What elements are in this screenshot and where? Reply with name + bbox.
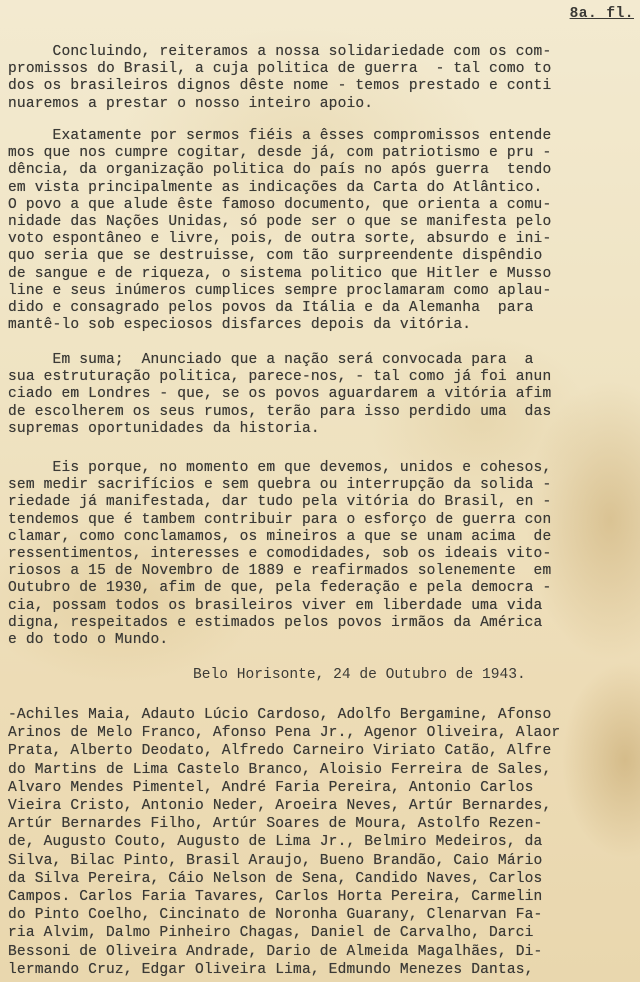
signer-line: Alvaro Mendes Pimentel, André Faria Pere… bbox=[8, 779, 636, 797]
signer-line: ria Alvim, Dalmo Pinheiro Chagas, Daniel… bbox=[8, 924, 636, 942]
typewritten-page: 8a. fl. Concluindo, reiteramos a nossa s… bbox=[0, 0, 640, 982]
text-line: dência, da organização politica do país … bbox=[8, 162, 636, 179]
text-line: line e seus inúmeros cumplices sempre pr… bbox=[8, 283, 636, 300]
signer-line: -Achiles Maia, Adauto Lúcio Cardoso, Ado… bbox=[8, 706, 636, 724]
text-line: digna, respeitados e estimados pelos pov… bbox=[8, 615, 636, 632]
text-line: cia, possam todos os brasileiros viver e… bbox=[8, 598, 636, 615]
text-line: ciado em Londres - que, se os povos agua… bbox=[8, 386, 636, 403]
text-line: nidade das Nações Unidas, só pode ser o … bbox=[8, 214, 636, 231]
signer-line: do Pinto Coelho, Cincinato de Noronha Gu… bbox=[8, 906, 636, 924]
text-line: tendemos que é tambem contribuir para o … bbox=[8, 512, 636, 529]
text-line: ressentimentos, interesses e comodidades… bbox=[8, 546, 636, 563]
text-line: supremas oportunidades da historia. bbox=[8, 421, 636, 438]
text-line: dido e consagrado pelos povos da Itália … bbox=[8, 300, 636, 317]
text-line: Eis porque, no momento em que devemos, u… bbox=[8, 460, 636, 477]
signer-line: da Silva Pereira, Cáio Nelson de Sena, C… bbox=[8, 870, 636, 888]
text-line: O povo a que alude êste famoso documento… bbox=[8, 197, 636, 214]
signer-line: Arinos de Melo Franco, Afonso Pena Jr., … bbox=[8, 724, 636, 742]
signer-line: Silva, Bilac Pinto, Brasil Araujo, Bueno… bbox=[8, 852, 636, 870]
text-line: riedade já manifestada, dar tudo pela vi… bbox=[8, 494, 636, 511]
text-line: riosos a 15 de Novembro de 1889 e reafir… bbox=[8, 563, 636, 580]
text-line: nuaremos a prestar o nosso inteiro apoio… bbox=[8, 96, 636, 113]
text-line: e do todo o Mundo. bbox=[8, 632, 636, 649]
text-line: de sangue e de riqueza, o sistema politi… bbox=[8, 266, 636, 283]
paragraph-conclusion: Concluindo, reiteramos a nossa solidarie… bbox=[8, 44, 636, 113]
text-line: mos que nos cumpre cogitar, desde já, co… bbox=[8, 145, 636, 162]
paragraph-atlantic-charter: Exatamente por sermos fiéis a êsses comp… bbox=[8, 128, 636, 334]
date-line: Belo Horisonte, 24 de Outubro de 1943. bbox=[193, 667, 526, 683]
text-line: Exatamente por sermos fiéis a êsses comp… bbox=[8, 128, 636, 145]
folio-number: 8a. fl. bbox=[570, 6, 634, 22]
signer-line: Prata, Alberto Deodato, Alfredo Carneiro… bbox=[8, 742, 636, 760]
text-line: Concluindo, reiteramos a nossa solidarie… bbox=[8, 44, 636, 61]
signer-line: de, Augusto Couto, Augusto de Lima Jr., … bbox=[8, 833, 636, 851]
signer-line: Artúr Bernardes Filho, Artúr Soares de M… bbox=[8, 815, 636, 833]
signatories-list: -Achiles Maia, Adauto Lúcio Cardoso, Ado… bbox=[8, 706, 636, 979]
signer-line: do Martins de Lima Castelo Branco, Alois… bbox=[8, 761, 636, 779]
text-line: Outubro de 1930, afim de que, pela feder… bbox=[8, 580, 636, 597]
text-line: sua estruturação politica, parece-nos, -… bbox=[8, 369, 636, 386]
text-line: dos os brasileiros dignos dêste nome - t… bbox=[8, 78, 636, 95]
text-line: sem medir sacrifícios e sem quebra ou in… bbox=[8, 477, 636, 494]
text-line: em vista principalmente as indicações da… bbox=[8, 180, 636, 197]
text-line: voto espontâneo e livre, pois, de outra … bbox=[8, 231, 636, 248]
signer-line: lermando Cruz, Edgar Oliveira Lima, Edmu… bbox=[8, 961, 636, 979]
text-line: promissos do Brasil, a cuja politica de … bbox=[8, 61, 636, 78]
text-line: de escolherem os seus rumos, terão para … bbox=[8, 404, 636, 421]
signer-line: Bessoni de Oliveira Andrade, Dario de Al… bbox=[8, 943, 636, 961]
text-line: Em suma; Anunciado que a nação será conv… bbox=[8, 352, 636, 369]
signer-line: Campos. Carlos Faria Tavares, Carlos Hor… bbox=[8, 888, 636, 906]
paragraph-in-sum: Em suma; Anunciado que a nação será conv… bbox=[8, 352, 636, 438]
text-line: clamar, como conclamamos, os mineiros a … bbox=[8, 529, 636, 546]
text-line: mantê-lo sob especiosos disfarces depois… bbox=[8, 317, 636, 334]
text-line: quo seria que se destruisse, com tão sur… bbox=[8, 248, 636, 265]
signer-line: Vieira Cristo, Antonio Neder, Aroeira Ne… bbox=[8, 797, 636, 815]
paragraph-call-to-mineiros: Eis porque, no momento em que devemos, u… bbox=[8, 460, 636, 649]
